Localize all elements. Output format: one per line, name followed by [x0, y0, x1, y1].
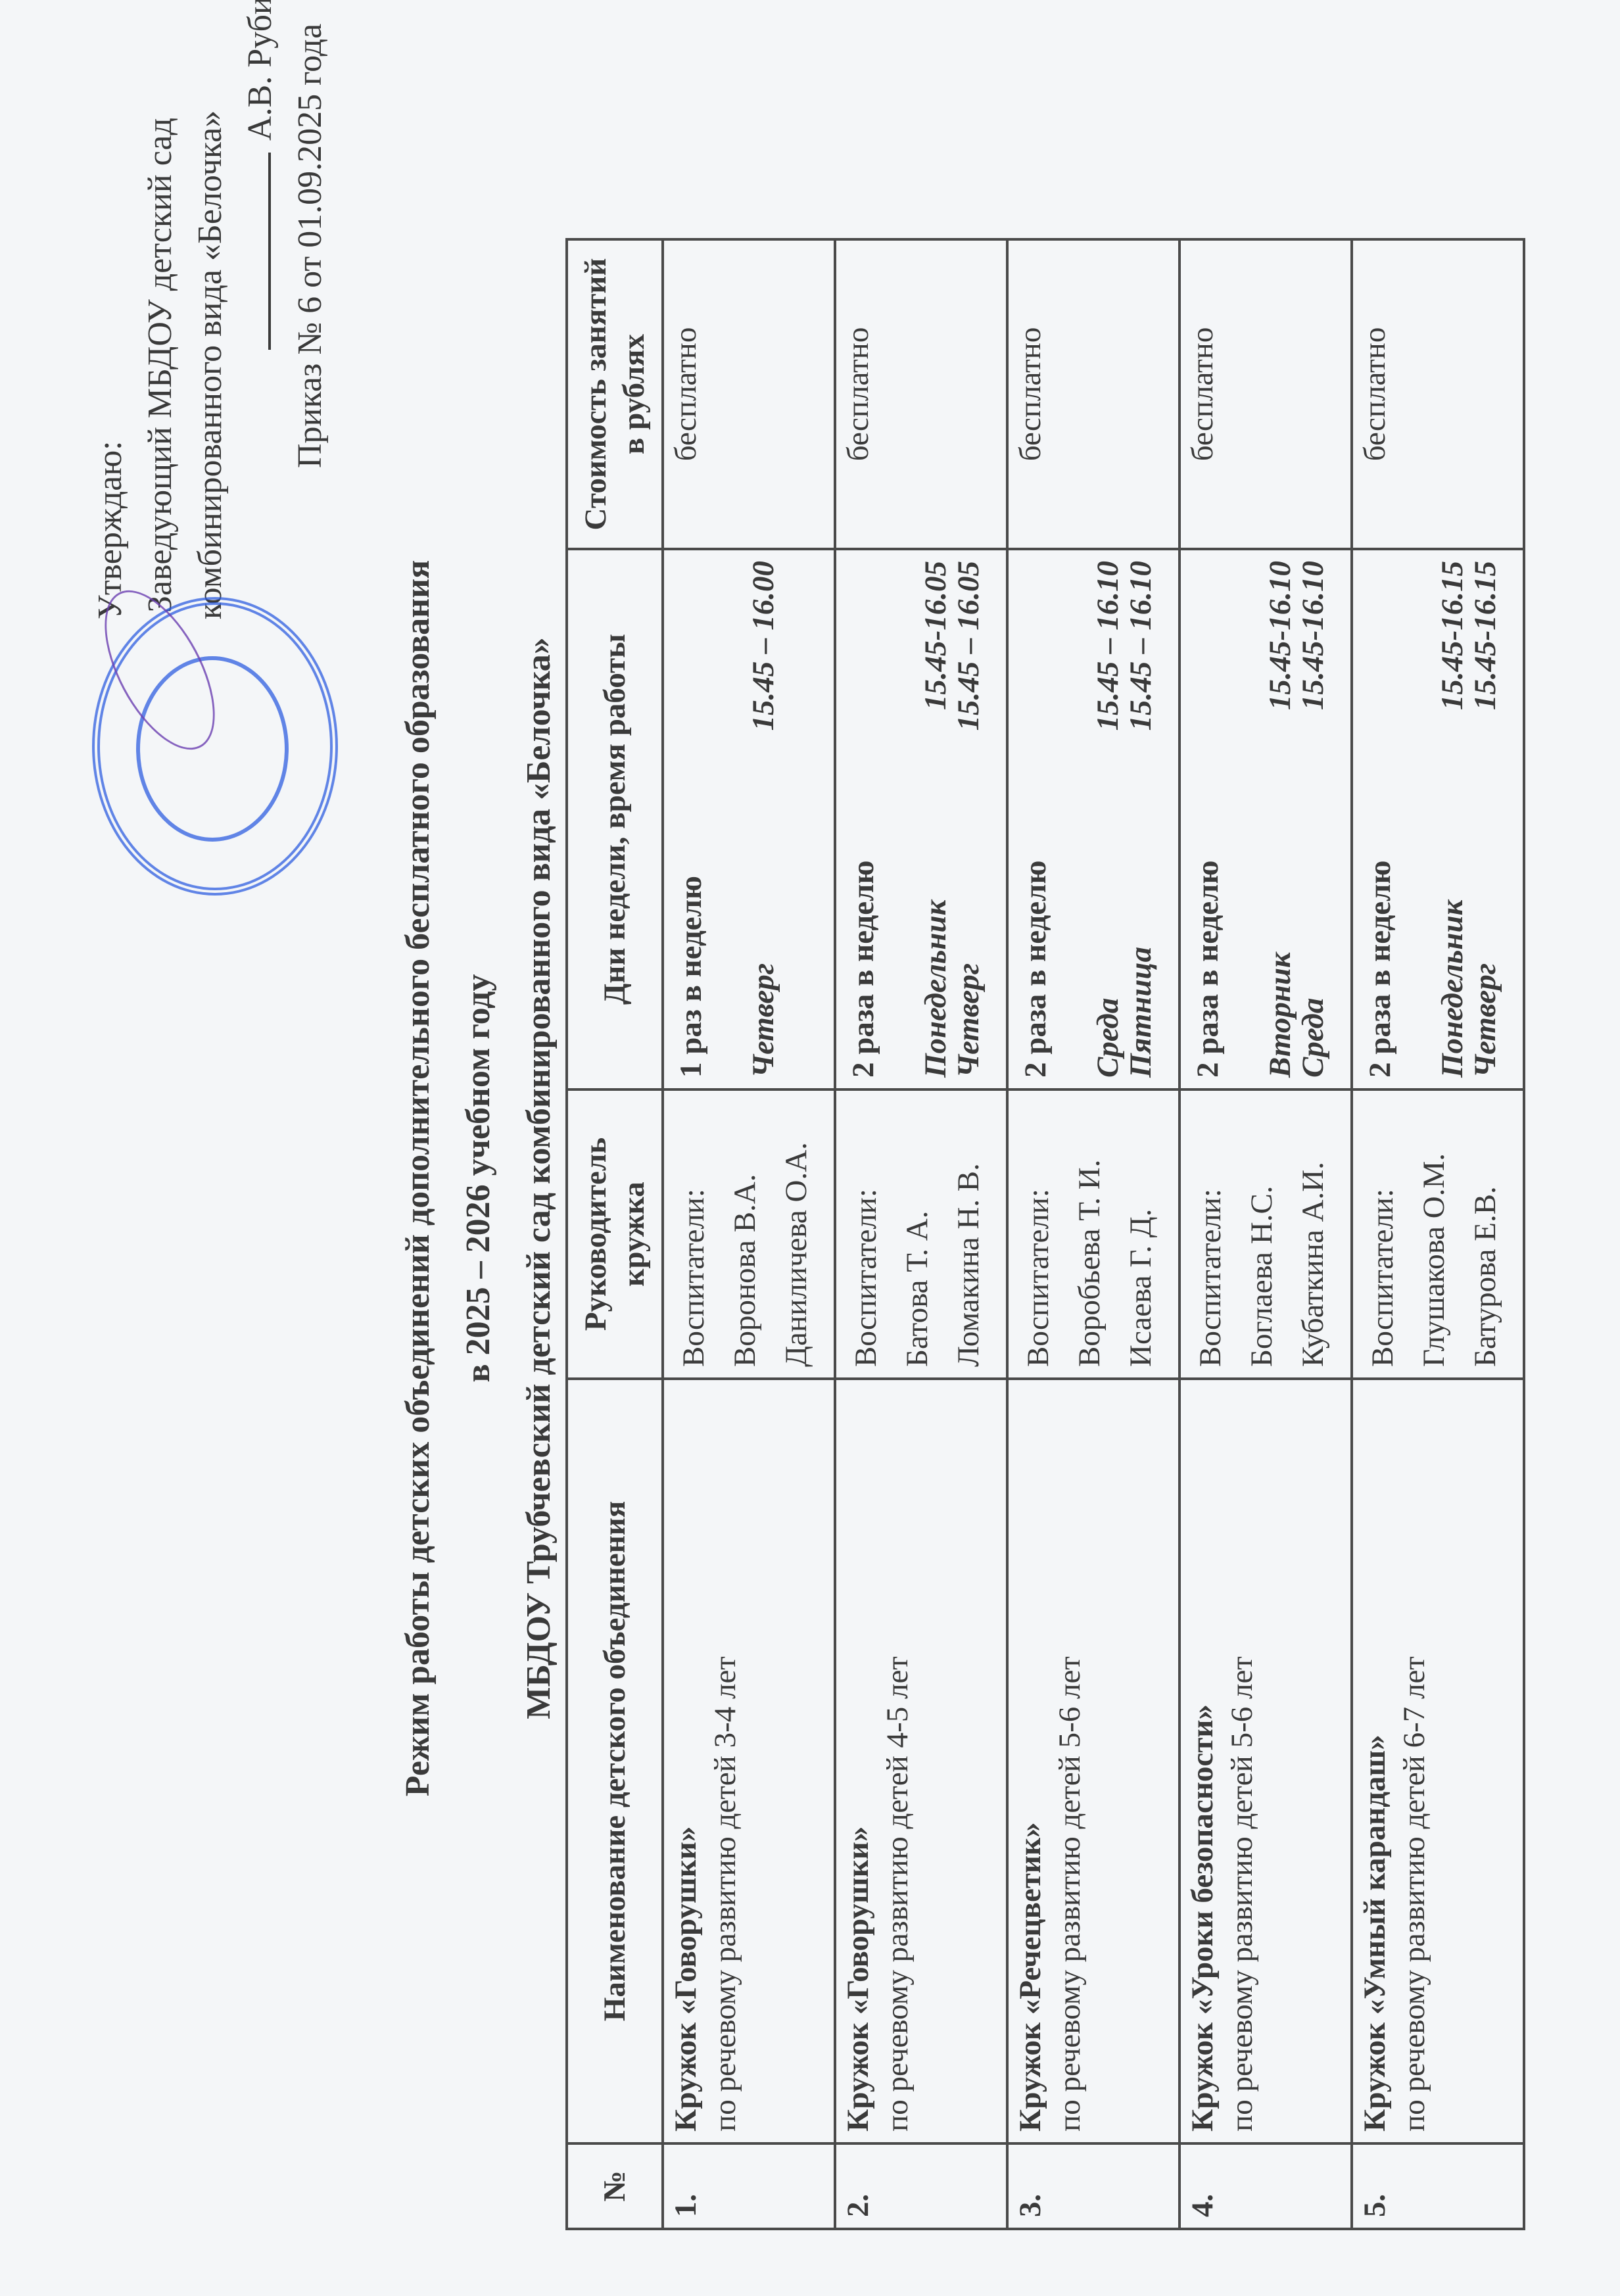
leader-name: Кубаткина А.И.: [1287, 1101, 1339, 1367]
club-cell: Кружок «Говорушки» по речевому развитию …: [835, 1379, 1007, 2143]
slot-time: 15.45-16.15: [1436, 561, 1469, 710]
schedule-slot: Понедельник15.45-16.05: [919, 561, 952, 1078]
leader-title: Воспитатели:: [840, 1101, 892, 1367]
leader-cell: Воспитатели: Воробьева Т. И.Исаева Г. Д.: [1007, 1089, 1179, 1379]
club-name: Кружок «Говорушки»: [668, 1391, 703, 2132]
cost-cell: бесплатно: [663, 239, 835, 549]
club-description: по речевому развитию детей 5-6 лет: [1052, 1391, 1087, 2132]
row-number: 4.: [1179, 2143, 1352, 2229]
slot-time: 15.45 – 16.05: [952, 561, 985, 731]
club-description: по речевому развитию детей 3-4 лет: [707, 1391, 743, 2132]
club-name: Кружок «Речецветик»: [1012, 1391, 1048, 2132]
table-body: 1. Кружок «Говорушки» по речевому развит…: [663, 239, 1524, 2229]
slot-time: 15.45 – 16.10: [1124, 561, 1157, 731]
slot-list: Среда15.45 – 16.10Пятница15.45 – 16.10: [1091, 561, 1157, 1078]
schedule-slot: Пятница15.45 – 16.10: [1124, 561, 1157, 1078]
club-cell: Кружок «Речецветик» по речевому развитию…: [1007, 1379, 1179, 2143]
table-row: 3. Кружок «Речецветик» по речевому разви…: [1007, 239, 1179, 2229]
slot-day: Среда: [1091, 998, 1124, 1078]
title-line1: Режим работы детских объединений дополни…: [388, 389, 448, 1967]
slot-day: Четверг: [1469, 963, 1502, 1078]
leader-list: Боглаева Н.С.Кубаткина А.И.: [1236, 1101, 1339, 1367]
leader-list: Батова Т. А.Ломакина Н. В.: [892, 1101, 994, 1367]
leader-name: Ломакина Н. В.: [943, 1101, 994, 1367]
slot-day: Понедельник: [919, 900, 952, 1078]
schedule-cell: 1 раз в неделю Четверг15.45 – 16.00: [663, 549, 835, 1089]
schedule-slot: Понедельник15.45-16.15: [1436, 561, 1469, 1078]
leader-name: Воронова В.А.: [719, 1101, 771, 1367]
leader-cell: Воспитатели: Глушакова О.М.Батурова Е.В.: [1352, 1089, 1524, 1379]
leader-list: Воробьева Т. И.Исаева Г. Д.: [1064, 1101, 1166, 1367]
leader-cell: Воспитатели: Воронова В.А.Даниличева О.А…: [663, 1089, 835, 1379]
row-number: 2.: [835, 2143, 1007, 2229]
frequency: 1 раз в неделю: [668, 561, 714, 1078]
club-name: Кружок «Говорушки»: [840, 1391, 876, 2132]
slot-time: 15.45 – 16.00: [747, 561, 780, 731]
leader-name: Исаева Г. Д.: [1115, 1101, 1166, 1367]
leader-title: Воспитатели:: [1357, 1101, 1408, 1367]
cost-cell: бесплатно: [1179, 239, 1352, 549]
table-row: 5. Кружок «Умный карандаш» по речевому р…: [1352, 239, 1524, 2229]
club-name: Кружок «Умный карандаш»: [1357, 1391, 1393, 2132]
schedule-table: № Наименование детского объединения Руко…: [565, 238, 1525, 2230]
leader-cell: Воспитатели: Батова Т. А.Ломакина Н. В.: [835, 1089, 1007, 1379]
frequency: 2 раза в неделю: [840, 561, 886, 1078]
schedule-cell: 2 раза в неделю Понедельник15.45-16.05Че…: [835, 549, 1007, 1089]
leader-name: Батова Т. А.: [892, 1101, 943, 1367]
cost-cell: бесплатно: [1007, 239, 1179, 549]
slot-time: 15.45-16.15: [1469, 561, 1502, 710]
header-num: №: [567, 2143, 663, 2229]
slot-day: Понедельник: [1436, 900, 1469, 1078]
signatory-name: А.В. Рубина: [241, 0, 279, 141]
schedule-slot: Среда15.45-16.10: [1297, 561, 1329, 1078]
club-description: по речевому развитию детей 5-6 лет: [1224, 1391, 1260, 2132]
header-name: Наименование детского объединения: [567, 1379, 663, 2143]
frequency: 2 раза в неделю: [1185, 561, 1231, 1078]
document-title: Режим работы детских объединений дополни…: [388, 389, 569, 1967]
header-days: Дни недели, время работы: [567, 549, 663, 1089]
leader-name: Батурова Е.В.: [1460, 1101, 1511, 1367]
schedule-cell: 2 раза в неделю Понедельник15.45-16.15Че…: [1352, 549, 1524, 1089]
club-cell: Кружок «Умный карандаш» по речевому разв…: [1352, 1379, 1524, 2143]
title-line3: МБДОУ Трубчевский детский сад комбиниров…: [509, 389, 569, 1967]
club-description: по речевому развитию детей 6-7 лет: [1396, 1391, 1432, 2132]
leader-list: Воронова В.А.Даниличева О.А.: [719, 1101, 822, 1367]
leader-name: Даниличева О.А.: [771, 1101, 822, 1367]
slot-time: 15.45-16.05: [919, 561, 952, 710]
header-leader: Руководитель кружка: [567, 1089, 663, 1379]
row-number: 5.: [1352, 2143, 1524, 2229]
table-row: 1. Кружок «Говорушки» по речевому развит…: [663, 239, 835, 2229]
title-line2: в 2025 – 2026 учебном году: [448, 389, 509, 1967]
leader-cell: Воспитатели: Боглаева Н.С.Кубаткина А.И.: [1179, 1089, 1352, 1379]
schedule-slot: Вторник15.45-16.10: [1264, 561, 1297, 1078]
row-number: 3.: [1007, 2143, 1179, 2229]
slot-day: Вторник: [1264, 952, 1297, 1078]
club-cell: Кружок «Говорушки» по речевому развитию …: [663, 1379, 835, 2143]
schedule-slot: Четверг15.45-16.15: [1469, 561, 1502, 1078]
schedule-slot: Четверг15.45 – 16.00: [747, 561, 780, 1078]
cost-cell: бесплатно: [1352, 239, 1524, 549]
club-cell: Кружок «Уроки безопасности» по речевому …: [1179, 1379, 1352, 2143]
leader-title: Воспитатели:: [668, 1101, 719, 1367]
club-name: Кружок «Уроки безопасности»: [1185, 1391, 1220, 2132]
frequency: 2 раза в неделю: [1357, 561, 1403, 1078]
leader-list: Глушакова О.М.Батурова Е.В.: [1408, 1101, 1511, 1367]
schedule-slot: Четверг15.45 – 16.05: [952, 561, 985, 1078]
slot-day: Четверг: [747, 963, 780, 1078]
slot-day: Среда: [1297, 998, 1329, 1078]
signature-line: [242, 153, 271, 350]
slot-time: 15.45-16.10: [1297, 561, 1329, 710]
table-row: 2. Кружок «Говорушки» по речевому развит…: [835, 239, 1007, 2229]
document-page: Утверждаю: Заведующий МБДОУ детский сад …: [0, 0, 1620, 2296]
schedule-cell: 2 раза в неделю Среда15.45 – 16.10Пятниц…: [1007, 549, 1179, 1089]
leader-name: Боглаева Н.С.: [1236, 1101, 1287, 1367]
row-number: 1.: [663, 2143, 835, 2229]
slot-day: Пятница: [1124, 947, 1157, 1078]
leader-name: Воробьева Т. И.: [1064, 1101, 1115, 1367]
slot-list: Вторник15.45-16.10Среда15.45-16.10: [1264, 561, 1329, 1078]
club-description: по речевому развитию детей 4-5 лет: [880, 1391, 915, 2132]
slot-list: Понедельник15.45-16.05Четверг15.45 – 16.…: [919, 561, 985, 1078]
slot-list: Четверг15.45 – 16.00: [747, 561, 780, 1078]
frequency: 2 раза в неделю: [1012, 561, 1059, 1078]
leader-title: Воспитатели:: [1012, 1101, 1064, 1367]
slot-list: Понедельник15.45-16.15Четверг15.45-16.15: [1436, 561, 1502, 1078]
cost-cell: бесплатно: [835, 239, 1007, 549]
leader-name: Глушакова О.М.: [1408, 1101, 1460, 1367]
table-row: 4. Кружок «Уроки безопасности» по речево…: [1179, 239, 1352, 2229]
slot-time: 15.45-16.10: [1264, 561, 1297, 710]
schedule-slot: Среда15.45 – 16.10: [1091, 561, 1124, 1078]
table-header-row: № Наименование детского объединения Руко…: [567, 239, 663, 2229]
leader-title: Воспитатели:: [1185, 1101, 1236, 1367]
schedule-cell: 2 раза в неделю Вторник15.45-16.10Среда1…: [1179, 549, 1352, 1089]
slot-time: 15.45 – 16.10: [1091, 561, 1124, 731]
header-cost: Стоимость занятий в рублях: [567, 239, 663, 549]
slot-day: Четверг: [952, 963, 985, 1078]
